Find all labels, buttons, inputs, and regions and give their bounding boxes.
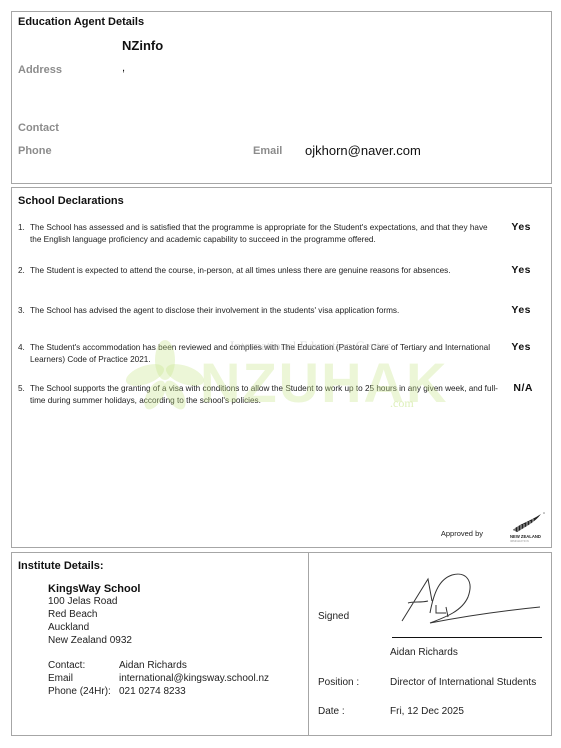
svg-text:IMMIGRATION: IMMIGRATION <box>510 539 529 543</box>
address-line: 100 Jelas Road <box>48 596 118 609</box>
position-label: Position : <box>318 677 359 688</box>
declaration-item: 3. The School has advised the agent to d… <box>18 305 498 317</box>
declaration-item: 5. The School supports the granting of a… <box>18 383 498 407</box>
agent-name: NZinfo <box>122 38 163 53</box>
new-zealand-immigration-logo-icon: NEW ZEALAND IMMIGRATION <box>509 510 547 544</box>
institute-email-label: Email <box>48 673 73 686</box>
institute-phone-value: 021 0274 8233 <box>119 686 186 699</box>
item-number: 5. <box>18 383 30 407</box>
contact-label: Contact <box>18 122 59 134</box>
school-declarations-section: School Declarations 1. The School has as… <box>11 187 552 548</box>
column-divider <box>308 553 309 735</box>
signature-icon <box>390 571 550 641</box>
email-label: Email <box>253 145 282 157</box>
item-number: 2. <box>18 265 30 277</box>
signed-label: Signed <box>318 611 349 622</box>
declaration-answer: Yes <box>511 221 531 233</box>
approved-by-label: Approved by <box>441 529 483 538</box>
declaration-item: 4. The Student's accommodation has been … <box>18 342 498 366</box>
declaration-answer: N/A <box>513 382 533 394</box>
agent-heading: Education Agent Details <box>18 16 144 28</box>
position-value: Director of International Students <box>390 677 536 688</box>
institute-heading: Institute Details: <box>18 560 104 572</box>
institute-contact-value: Aidan Richards <box>119 660 187 673</box>
declaration-answer: Yes <box>511 264 531 276</box>
declaration-item: 2. The Student is expected to attend the… <box>18 265 498 277</box>
item-number: 3. <box>18 305 30 317</box>
item-text: The School supports the granting of a vi… <box>30 383 498 407</box>
institute-contact-label: Contact: <box>48 660 85 673</box>
declarations-heading: School Declarations <box>18 195 124 207</box>
school-name: KingsWay School <box>48 583 141 596</box>
item-text: The Student is expected to attend the co… <box>30 265 451 277</box>
item-text: The School has advised the agent to disc… <box>30 305 399 317</box>
address-line: Red Beach <box>48 609 97 622</box>
item-number: 4. <box>18 342 30 366</box>
institute-email-value[interactable]: international@kingsway.school.nz <box>119 673 269 686</box>
address-line: New Zealand 0932 <box>48 635 132 648</box>
institute-section: Institute Details: KingsWay School 100 J… <box>11 552 552 736</box>
signature-line <box>392 637 542 638</box>
address-line: Auckland <box>48 622 89 635</box>
item-text: The Student's accommodation has been rev… <box>30 342 498 366</box>
education-agent-section: Education Agent Details NZinfo Address ,… <box>11 11 552 184</box>
declaration-answer: Yes <box>511 341 531 353</box>
address-value: , <box>122 62 125 74</box>
phone-label: Phone <box>18 145 52 157</box>
date-value: Fri, 12 Dec 2025 <box>390 706 464 717</box>
date-label: Date : <box>318 706 345 717</box>
declaration-item: 1. The School has assessed and is satisf… <box>18 222 498 246</box>
signer-name: Aidan Richards <box>390 647 458 658</box>
declaration-answer: Yes <box>511 304 531 316</box>
address-label: Address <box>18 64 62 76</box>
item-text: The School has assessed and is satisfied… <box>30 222 498 246</box>
item-number: 1. <box>18 222 30 246</box>
institute-phone-label: Phone (24Hr): <box>48 686 111 699</box>
agent-email-value: ojkhorn@naver.com <box>305 143 421 158</box>
